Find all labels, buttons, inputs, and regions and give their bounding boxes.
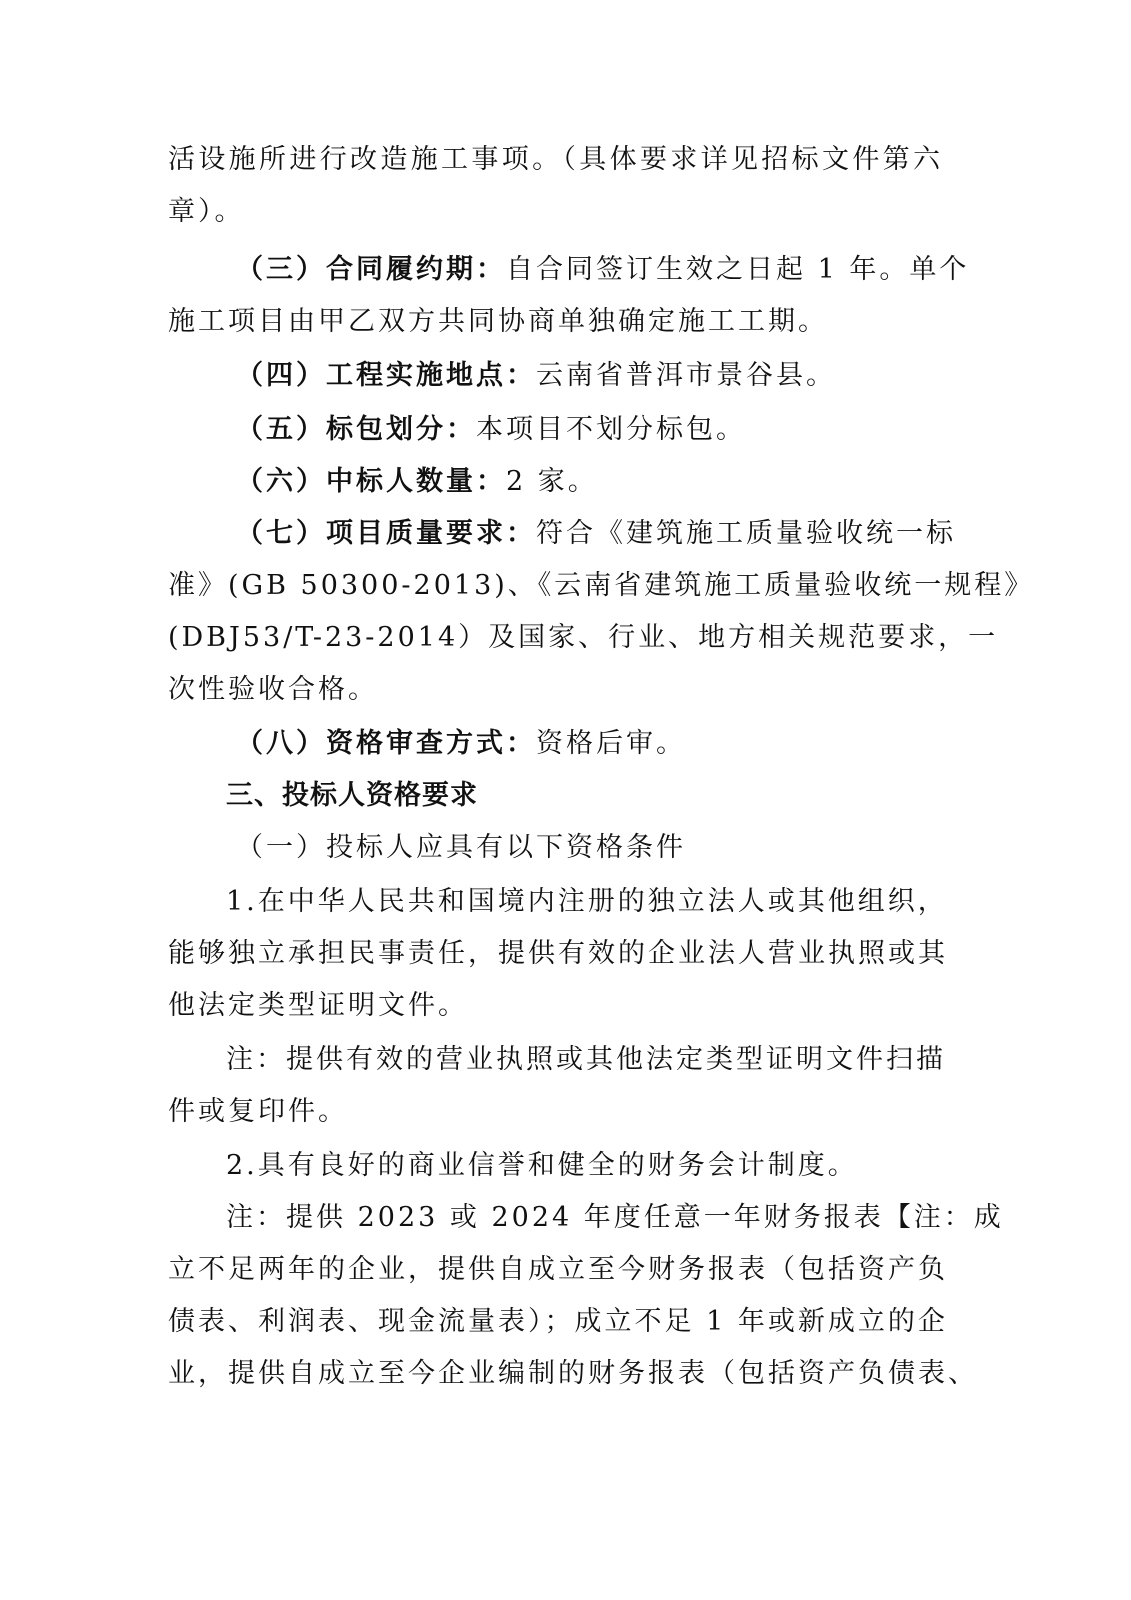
section-heading: 三、投标人资格要求 <box>226 776 478 816</box>
item-label: （三）合同履约期： <box>236 254 506 285</box>
subsection-heading: （一）投标人应具有以下资格条件 <box>236 828 686 868</box>
winner-count-line: （六）中标人数量：2 家。 <box>236 462 598 502</box>
body-text: 本项目不划分标包。 <box>476 414 746 445</box>
quality-requirement-line: （七）项目质量要求：符合《建筑施工质量验收统一标 <box>236 514 943 554</box>
body-text: 资格后审。 <box>536 728 686 759</box>
paragraph-line: 件或复印件。 <box>168 1092 348 1132</box>
body-text: 债表、利润表、现金流量表）；成立不足 1 年或新成立的企 <box>168 1306 948 1337</box>
paragraph-line: 活设施所进行改造施工事项。（具体要求详见招标文件第六 <box>168 140 943 180</box>
body-text: (DBJ53/T-23-2014）及国家、行业、地方相关规范要求，一 <box>168 622 998 653</box>
contract-period-line: （三）合同履约期：自合同签订生效之日起 1 年。单个 <box>236 250 943 290</box>
body-text: 业，提供自成立至今企业编制的财务报表（包括资产负债表、 <box>168 1358 978 1389</box>
body-text: 次性验收合格。 <box>168 674 378 705</box>
paragraph-line: (DBJ53/T-23-2014）及国家、行业、地方相关规范要求，一 <box>168 618 943 658</box>
body-text: 他法定类型证明文件。 <box>168 990 468 1021</box>
item-label: （七）项目质量要求： <box>236 518 536 549</box>
paragraph-line: 他法定类型证明文件。 <box>168 986 468 1026</box>
body-text: 章）。 <box>168 196 245 227</box>
item-label: （八）资格审查方式： <box>236 728 536 759</box>
body-text: 自合同签订生效之日起 1 年。单个 <box>506 254 969 285</box>
paragraph-line: 准》(GB 50300-2013)、《云南省建筑施工质量验收统一规程》 <box>168 566 943 606</box>
body-text: 注：提供有效的营业执照或其他法定类型证明文件扫描 <box>226 1044 946 1075</box>
body-text: 活设施所进行改造施工事项。（具体要求详见招标文件第六 <box>168 144 943 175</box>
body-text: 云南省普洱市景谷县。 <box>536 360 836 391</box>
body-text: 1.在中华人民共和国境内注册的独立法人或其他组织， <box>226 886 948 917</box>
item-label: （六）中标人数量： <box>236 466 506 497</box>
location-line: （四）工程实施地点：云南省普洱市景谷县。 <box>236 356 836 396</box>
note-line: 注：提供 2023 或 2024 年度任意一年财务报表【注：成 <box>226 1198 943 1238</box>
body-text: 符合《建筑施工质量验收统一标 <box>536 518 956 549</box>
paragraph-line: 2.具有良好的商业信誉和健全的财务会计制度。 <box>226 1146 858 1186</box>
note-line: 注：提供有效的营业执照或其他法定类型证明文件扫描 <box>226 1040 943 1080</box>
body-text: （一）投标人应具有以下资格条件 <box>236 832 686 863</box>
paragraph-line: 债表、利润表、现金流量表）；成立不足 1 年或新成立的企 <box>168 1302 943 1342</box>
body-text: 准》(GB 50300-2013)、《云南省建筑施工质量验收统一规程》 <box>168 570 1034 601</box>
item-label: （四）工程实施地点： <box>236 360 536 391</box>
qualification-review-line: （八）资格审查方式：资格后审。 <box>236 724 686 764</box>
body-text: 2.具有良好的商业信誉和健全的财务会计制度。 <box>226 1150 858 1181</box>
lot-division-line: （五）标包划分：本项目不划分标包。 <box>236 410 746 450</box>
body-text: 2 家。 <box>506 466 598 497</box>
body-text: 件或复印件。 <box>168 1096 348 1127</box>
paragraph-line: 施工项目由甲乙双方共同协商单独确定施工工期。 <box>168 302 828 342</box>
body-text: 施工项目由甲乙双方共同协商单独确定施工工期。 <box>168 306 828 337</box>
body-text: 立不足两年的企业，提供自成立至今财务报表（包括资产负 <box>168 1254 948 1285</box>
paragraph-line: 立不足两年的企业，提供自成立至今财务报表（包括资产负 <box>168 1250 943 1290</box>
paragraph-line: 1.在中华人民共和国境内注册的独立法人或其他组织， <box>226 882 943 922</box>
paragraph-line: 能够独立承担民事责任，提供有效的企业法人营业执照或其 <box>168 934 943 974</box>
paragraph-line: 次性验收合格。 <box>168 670 378 710</box>
paragraph-line: 章）。 <box>168 192 245 232</box>
paragraph-line: 业，提供自成立至今企业编制的财务报表（包括资产负债表、 <box>168 1354 943 1394</box>
item-label: （五）标包划分： <box>236 414 476 445</box>
body-text: 能够独立承担民事责任，提供有效的企业法人营业执照或其 <box>168 938 948 969</box>
body-text: 注：提供 2023 或 2024 年度任意一年财务报表【注：成 <box>226 1202 1004 1233</box>
